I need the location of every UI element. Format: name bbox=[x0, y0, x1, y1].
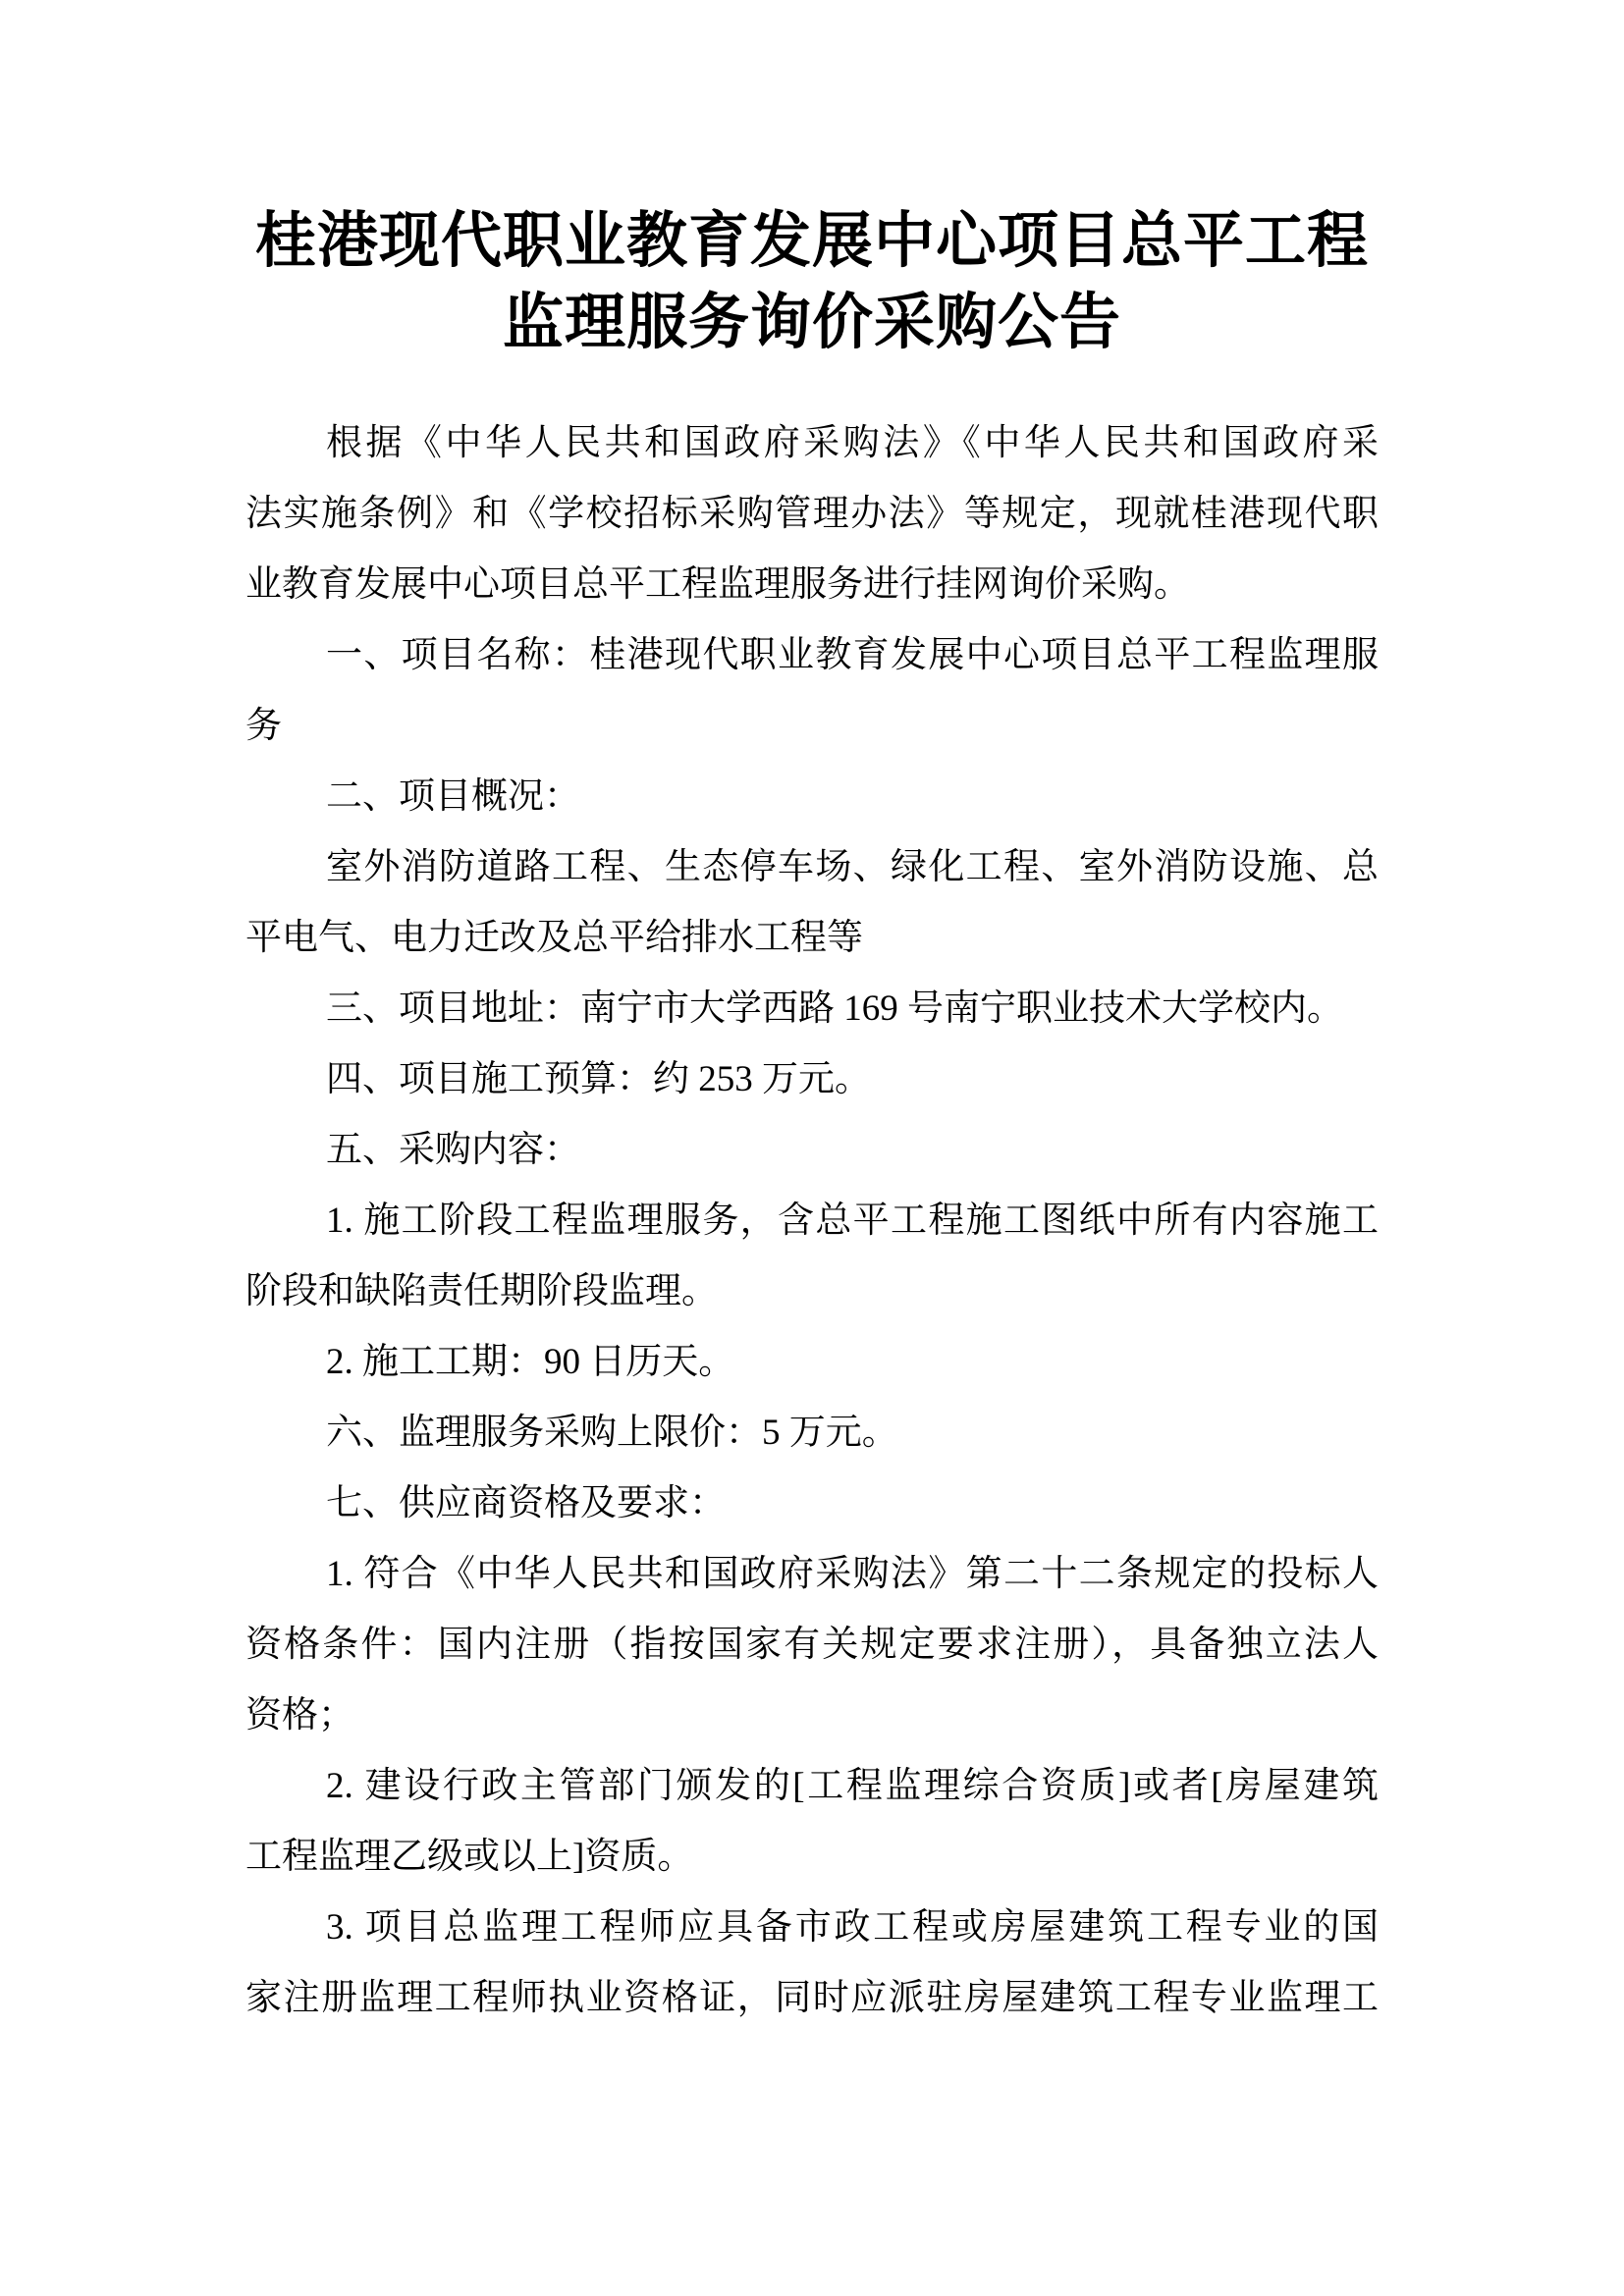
document-page: 桂港现代职业教育发展中心项目总平工程 监理服务询价采购公告 根据《中华人民共和国… bbox=[0, 0, 1624, 2296]
document-text-line: 阶段和缺陷责任期阶段监理。 bbox=[245, 1256, 1379, 1327]
document-text-line: 资格条件：国内注册（指按国家有关规定要求注册），具备独立法人 bbox=[245, 1610, 1379, 1681]
document-text-line: 六、监理服务采购上限价：5 万元。 bbox=[245, 1398, 1379, 1468]
document-text-line: 法实施条例》和《学校招标采购管理办法》等规定，现就桂港现代职 bbox=[245, 479, 1379, 550]
document-text-line: 资格； bbox=[245, 1681, 1379, 1751]
document-text-line: 一、项目名称：桂港现代职业教育发展中心项目总平工程监理服 bbox=[245, 620, 1379, 691]
document-text-line: 家注册监理工程师执业资格证，同时应派驻房屋建筑工程专业监理工 bbox=[245, 1963, 1379, 2034]
document-text-line: 四、项目施工预算：约 253 万元。 bbox=[245, 1044, 1379, 1115]
document-text-line: 1. 施工阶段工程监理服务，含总平工程施工图纸中所有内容施工 bbox=[245, 1186, 1379, 1256]
document-text-line: 三、项目地址：南宁市大学西路 169 号南宁职业技术大学校内。 bbox=[245, 974, 1379, 1044]
document-text-line: 务 bbox=[245, 691, 1379, 762]
document-text-line: 根据《中华人民共和国政府采购法》《中华人民共和国政府采 bbox=[245, 408, 1379, 479]
document-text-line: 七、供应商资格及要求： bbox=[245, 1468, 1379, 1539]
document-text-line: 室外消防道路工程、生态停车场、绿化工程、室外消防设施、总 bbox=[245, 832, 1379, 903]
document-title-line-2: 监理服务询价采购公告 bbox=[503, 290, 1121, 356]
document-text-line: 2. 建设行政主管部门颁发的[工程监理综合资质]或者[房屋建筑 bbox=[245, 1751, 1379, 1822]
document-text-line: 工程监理乙级或以上]资质。 bbox=[245, 1822, 1379, 1893]
document-text-line: 1. 符合《中华人民共和国政府采购法》第二十二条规定的投标人 bbox=[245, 1539, 1379, 1610]
document-title: 桂港现代职业教育发展中心项目总平工程 监理服务询价采购公告 bbox=[0, 201, 1624, 364]
document-body: 根据《中华人民共和国政府采购法》《中华人民共和国政府采法实施条例》和《学校招标采… bbox=[0, 408, 1624, 2034]
document-text-line: 平电气、电力迁改及总平给排水工程等 bbox=[245, 903, 1379, 974]
document-text-line: 五、采购内容： bbox=[245, 1115, 1379, 1186]
document-text-line: 二、项目概况： bbox=[245, 762, 1379, 832]
document-text-line: 3. 项目总监理工程师应具备市政工程或房屋建筑工程专业的国 bbox=[245, 1893, 1379, 1963]
document-text-line: 2. 施工工期：90 日历天。 bbox=[245, 1327, 1379, 1398]
document-title-line-1: 桂港现代职业教育发展中心项目总平工程 bbox=[255, 208, 1369, 275]
document-text-line: 业教育发展中心项目总平工程监理服务进行挂网询价采购。 bbox=[245, 550, 1379, 620]
